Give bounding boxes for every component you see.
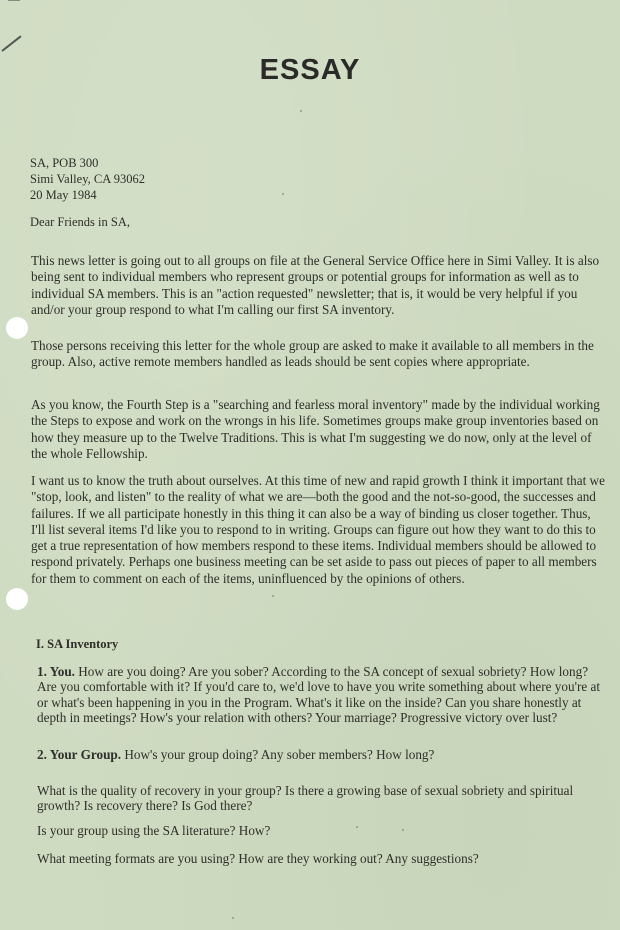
paragraph-distribution: Those persons receiving this letter for … — [31, 338, 606, 371]
salutation: Dear Friends in SA, — [30, 215, 130, 230]
group-question: Is your group using the SA literature? H… — [37, 823, 607, 838]
item-label: 1. You. — [37, 664, 75, 679]
paper-speck — [300, 110, 302, 112]
paragraph-truth: I want us to know the truth about oursel… — [31, 473, 606, 587]
paper-speck — [282, 193, 284, 195]
address-line-2: Simi Valley, CA 93062 — [30, 171, 145, 187]
paragraph-intro: This news letter is going out to all gro… — [31, 253, 606, 318]
sender-address: SA, POB 300 Simi Valley, CA 93062 20 May… — [30, 155, 145, 203]
address-line-1: SA, POB 300 — [30, 155, 145, 171]
item-label: 2. Your Group. — [37, 747, 121, 762]
item-text: How are you doing? Are you sober? Accord… — [37, 664, 600, 725]
group-question: What is the quality of recovery in your … — [37, 783, 607, 814]
punch-hole-icon — [6, 317, 28, 339]
page-title: ESSAY — [0, 54, 620, 87]
item-text: How's your group doing? Any sober member… — [121, 747, 434, 762]
paper-speck — [356, 826, 358, 828]
pen-stroke-mark — [1, 35, 21, 51]
letter-page: ESSAY SA, POB 300 Simi Valley, CA 93062 … — [0, 0, 620, 930]
group-question: What meeting formats are you using? How … — [37, 851, 607, 866]
punch-hole-icon — [6, 588, 28, 610]
inventory-item-group: 2. Your Group. How's your group doing? A… — [37, 747, 607, 762]
paper-speck — [402, 829, 404, 831]
paper-speck — [272, 595, 274, 597]
letter-date: 20 May 1984 — [30, 187, 145, 203]
section-heading: I. SA Inventory — [36, 637, 118, 652]
paper-speck — [232, 917, 234, 919]
inventory-item-you: 1. You. How are you doing? Are you sober… — [37, 664, 607, 725]
corner-mark — [8, 0, 20, 1]
paragraph-fourth-step: As you know, the Fourth Step is a "searc… — [31, 397, 606, 462]
